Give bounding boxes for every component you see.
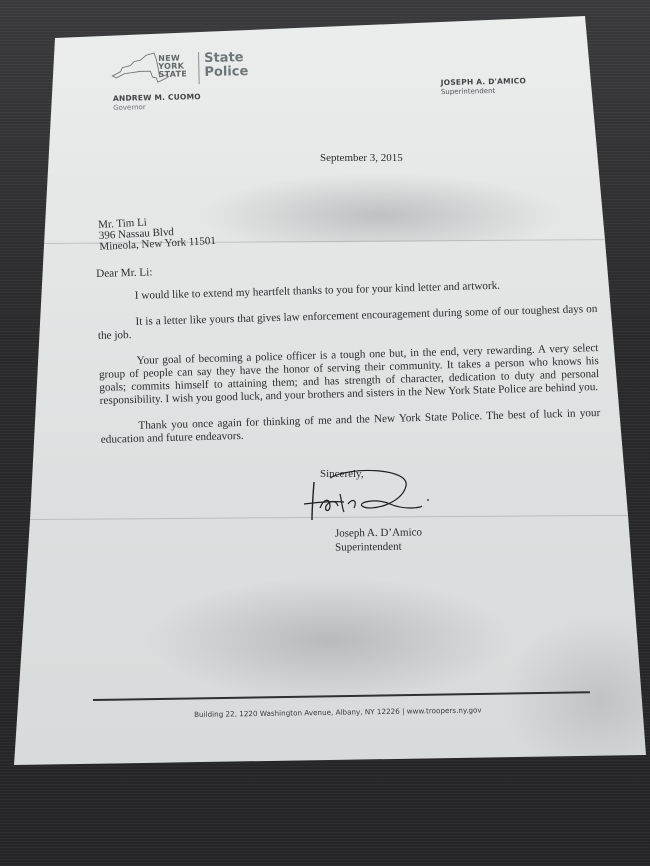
- letterhead-divider: [198, 52, 200, 84]
- paragraph-4: Thank you once again for thinking of me …: [100, 407, 601, 447]
- agency-wordmark: State Police: [204, 51, 248, 80]
- nys-wordmark: NEW YORK STATE: [158, 54, 187, 79]
- governor-name: ANDREW M. CUOMO: [113, 92, 201, 103]
- signer-name: Joseph A. D’Amico: [335, 525, 422, 540]
- recipient-address: Mr. Tim Li 396 Nassau Blvd Mineola, New …: [98, 214, 216, 253]
- letter-date: September 3, 2015: [320, 152, 403, 164]
- paragraph-1: I would like to extend my heartfelt than…: [97, 277, 597, 304]
- signature-block: Joseph A. D’Amico Superintendent: [335, 525, 422, 554]
- letterhead: NEW YORK STATE State Police ANDREW M. CU…: [110, 43, 551, 112]
- governor-title: Governor: [113, 103, 146, 112]
- signer-title: Superintendent: [335, 539, 422, 554]
- paragraph-3: Your goal of becoming a police officer i…: [98, 342, 599, 408]
- handwritten-signature-icon: [300, 468, 440, 528]
- superintendent-name: JOSEPH A. D'AMICO: [441, 76, 527, 87]
- superintendent-title: Superintendent: [441, 87, 495, 96]
- letter-body: Dear Mr. Li: I would like to extend my h…: [96, 254, 601, 460]
- paragraph-2: It is a letter like yours that gives law…: [97, 303, 598, 343]
